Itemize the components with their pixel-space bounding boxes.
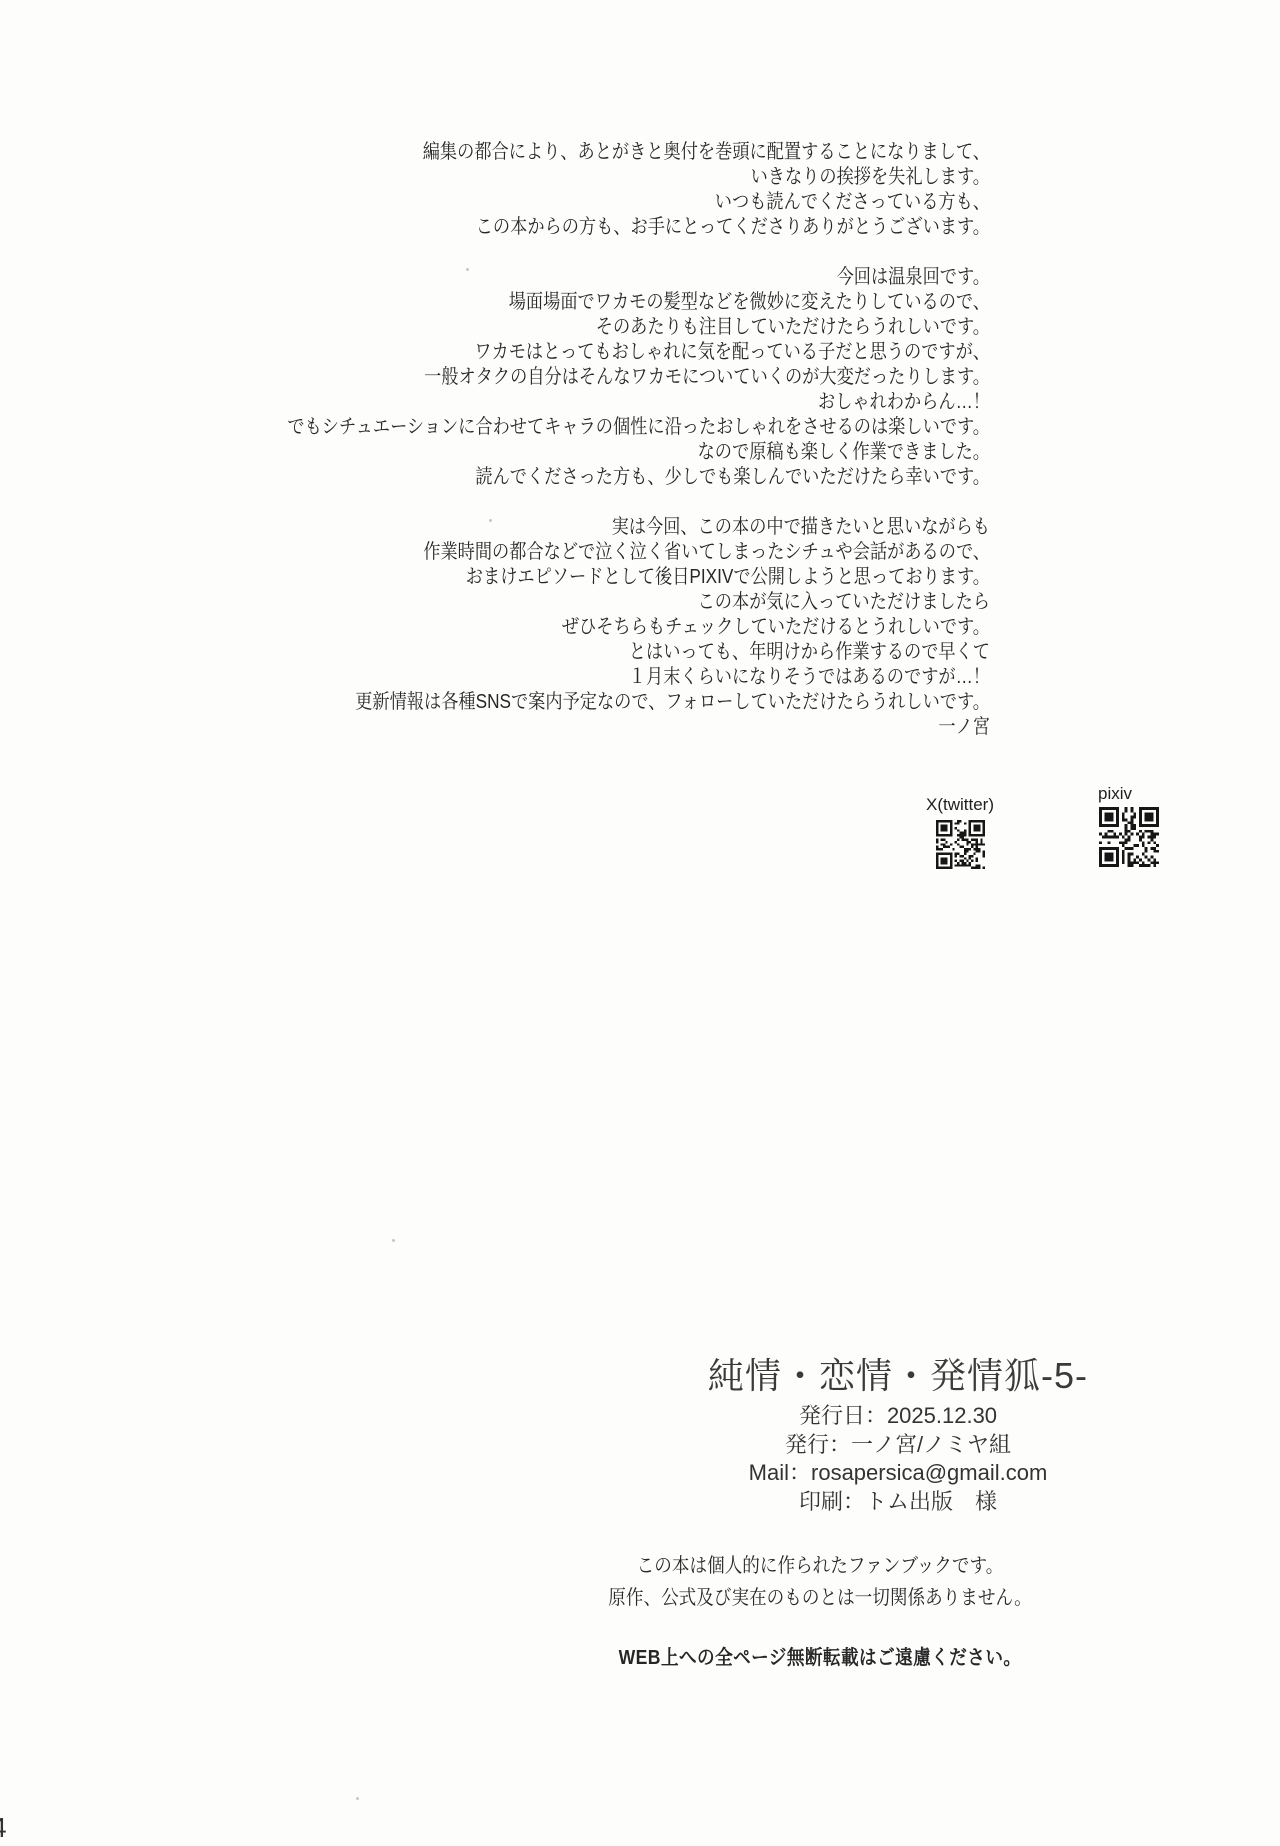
pixiv-qr-label: pixiv [1094,784,1164,804]
afterword-line: 場面場面でワカモの髪型などを微妙に変えたりしているので、 [287,290,990,315]
afterword-line: 編集の都合により、あとがきと奥付を巻頭に配置することになりまして、 [287,140,990,165]
afterword-line: 更新情報は各種SNSで案内予定なので、フォローしていただけたらうれしいです。 [287,690,990,715]
author-signature: 一ノ宮 [287,715,990,740]
afterword-line: 読んでくださった方も、少しでも楽しんでいただけたら幸いです。 [287,465,990,490]
afterword-line: おしゃれわからん…！ [287,390,990,415]
x-twitter-qr-label: X(twitter) [905,795,1015,815]
scan-speck [392,1239,395,1242]
book-title: 純情・恋情・発情狐-5- [638,1354,1158,1398]
afterword-line: そのあたりも注目していただけたらうれしいです。 [287,315,990,340]
x-twitter-qr-code-icon [936,820,985,869]
afterword-line: なので原稿も楽しく作業できました。 [287,440,990,465]
afterword-line: おまけエピソードとして後日PIXIVで公開しようと思っております。 [287,565,990,590]
afterword-line: この本からの方も、お手にとってくださりありがとうございます。 [287,215,990,240]
disclaimer-line-1: この本は個人的に作られたファンブックです。 [582,1550,1057,1582]
colophon: 純情・恋情・発情狐-5- 発行日：2025.12.30 発行：一ノ宮/ノミヤ組 … [638,1354,1158,1516]
afterword-line: ぜひそちらもチェックしていただけるとうれしいです。 [287,615,990,640]
scanned-doujinshi-page: 編集の都合により、あとがきと奥付を巻頭に配置することになりまして、 いきなりの挨… [0,0,1280,1846]
afterword-line: とはいっても、年明けから作業するので早くて [287,640,990,665]
disclaimer: この本は個人的に作られたファンブックです。 原作、公式及び実在のものとは一切関係… [582,1550,1057,1674]
afterword-line: いつも読んでくださっている方も、 [287,190,990,215]
scan-speck [356,1797,359,1800]
x-twitter-qr-group: X(twitter) [905,795,1015,869]
pixiv-qr-group: pixiv [1094,784,1164,867]
page-number: 4 [0,1812,7,1844]
printer-line: 印刷：トム出版 様 [638,1488,1158,1517]
afterword-paragraph-1: 編集の都合により、あとがきと奥付を巻頭に配置することになりまして、 いきなりの挨… [287,140,990,240]
publication-date-line: 発行日：2025.12.30 [638,1402,1158,1431]
afterword-line: いきなりの挨拶を失礼します。 [287,165,990,190]
afterword-line: 作業時間の都合などで泣く泣く省いてしまったシチュや会話があるので、 [287,540,990,565]
afterword-line: 今回は温泉回です。 [287,265,990,290]
publisher-line: 発行：一ノ宮/ノミヤ組 [638,1431,1158,1460]
afterword-line: 実は今回、この本の中で描きたいと思いながらも [287,515,990,540]
scan-speck [466,268,469,271]
afterword-paragraph-3: 実は今回、この本の中で描きたいと思いながらも 作業時間の都合などで泣く泣く省いて… [287,515,990,740]
scan-speck [489,519,492,522]
afterword-line: この本が気に入っていただけましたら [287,590,990,615]
afterword-paragraph-2: 今回は温泉回です。 場面場面でワカモの髪型などを微妙に変えたりしているので、 そ… [287,265,990,490]
pixiv-qr-code-icon [1099,807,1159,867]
afterword-line: でもシチュエーションに合わせてキャラの個性に沿ったおしゃれをさせるのは楽しいです… [287,415,990,440]
mail-line: Mail：rosapersica@gmail.com [638,1459,1158,1488]
afterword-text: 編集の都合により、あとがきと奥付を巻頭に配置することになりまして、 いきなりの挨… [287,140,990,740]
web-reproduction-notice: WEB上への全ページ無断転載はご遠慮ください。 [582,1642,1057,1674]
afterword-line: 一般オタクの自分はそんなワカモについていくのが大変だったりします。 [287,365,990,390]
afterword-line: １月末くらいになりそうではあるのですが…！ [287,665,990,690]
disclaimer-line-2: 原作、公式及び実在のものとは一切関係ありません。 [582,1582,1057,1614]
afterword-line: ワカモはとってもおしゃれに気を配っている子だと思うのですが、 [287,340,990,365]
